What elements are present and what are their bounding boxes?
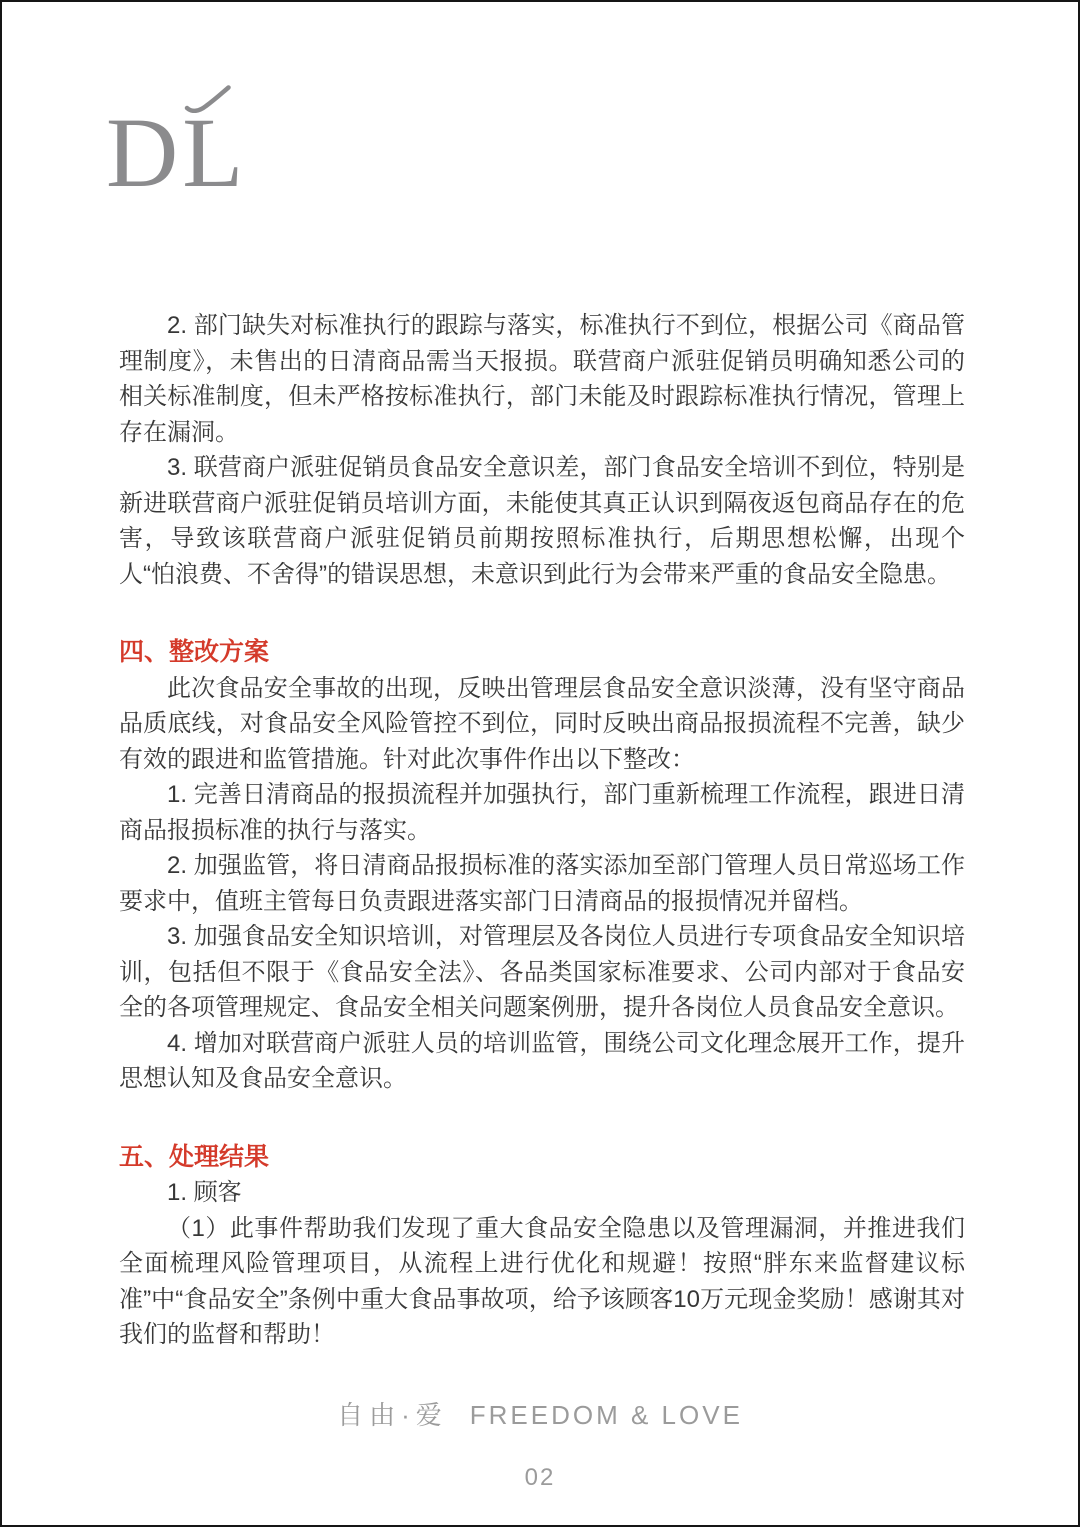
slogan-chinese: 自由·爱 xyxy=(337,1400,448,1431)
page-number: 02 xyxy=(2,1464,1078,1493)
section-heading: 四、整改方案 xyxy=(119,635,965,671)
paragraph: 2. 加强监管，将日清商品报损标准的落实添加至部门管理人员日常巡场工作要求中，值… xyxy=(119,848,965,919)
paragraph: 此次食品安全事故的出现，反映出管理层食品安全意识淡薄，没有坚守商品品质底线，对食… xyxy=(119,671,965,778)
logo-swoosh-icon xyxy=(184,85,232,113)
paragraph: 3. 加强食品安全知识培训，对管理层及各岗位人员进行专项食品安全知识培训，包括但… xyxy=(119,919,965,1026)
footer-slogan: 自由·爱 FREEDOM & LOVE xyxy=(2,1400,1078,1431)
paragraph: （1）此事件帮助我们发现了重大食品安全隐患以及管理漏洞，并推进我们全面梳理风险管… xyxy=(119,1211,965,1353)
paragraph: 1. 完善日清商品的报损流程并加强执行，部门重新梳理工作流程，跟进日清商品报损标… xyxy=(119,777,965,848)
paragraph: 2. 部门缺失对标准执行的跟踪与落实，标准执行不到位，根据公司《商品管理制度》，… xyxy=(119,308,965,450)
logo-text: DL xyxy=(106,97,247,208)
section-heading: 五、处理结果 xyxy=(119,1140,965,1176)
document-body: 2. 部门缺失对标准执行的跟踪与落实，标准执行不到位，根据公司《商品管理制度》，… xyxy=(119,308,965,1353)
paragraph: 3. 联营商户派驻促销员食品安全意识差，部门食品安全培训不到位，特别是新进联营商… xyxy=(119,450,965,592)
company-logo: DL xyxy=(106,103,247,203)
paragraph: 1. 顾客 xyxy=(119,1175,965,1211)
document-page: DL 2. 部门缺失对标准执行的跟踪与落实，标准执行不到位，根据公司《商品管理制… xyxy=(0,0,1080,1527)
paragraph: 4. 增加对联营商户派驻人员的培训监管，围绕公司文化理念展开工作，提升思想认知及… xyxy=(119,1026,965,1097)
slogan-english: FREEDOM & LOVE xyxy=(470,1400,743,1431)
